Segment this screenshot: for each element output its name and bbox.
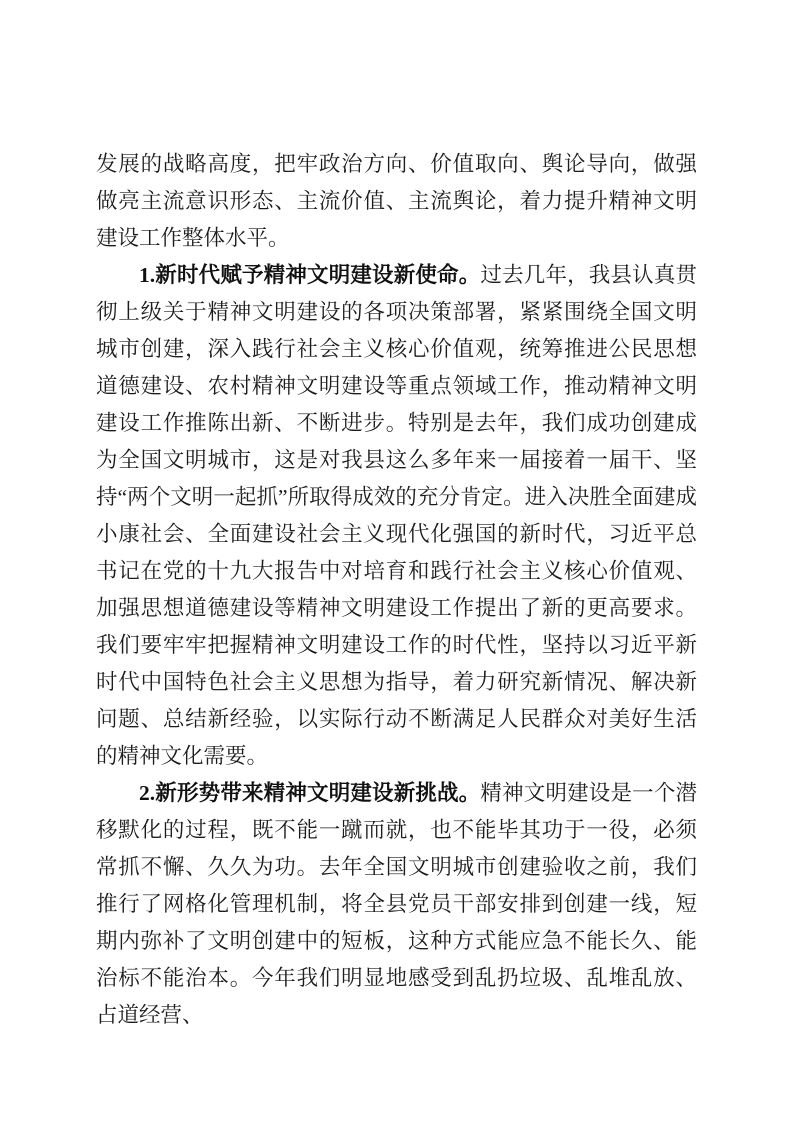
paragraph-lead: 2.新形势带来精神文明建设新挑战。 xyxy=(139,781,480,805)
document-page: 发展的战略高度，把牢政治方向、价值取向、舆论导向，做强做亮主流意识形态、主流价值… xyxy=(0,0,793,1122)
document-body: 发展的战略高度，把牢政治方向、价值取向、舆论导向，做强做亮主流意识形态、主流价值… xyxy=(96,146,697,1034)
paragraph: 2.新形势带来精神文明建设新挑战。精神文明建设是一个潜移默化的过程，既不能一蹴而… xyxy=(96,775,697,1034)
paragraph-text: 过去几年，我县认真贯彻上级关于精神文明建设的各项决策部署，紧紧围绕全国文明城市创… xyxy=(96,263,697,768)
paragraph-text: 精神文明建设是一个潜移默化的过程，既不能一蹴而就，也不能毕其功于一役，必须常抓不… xyxy=(96,781,697,1027)
paragraph: 1.新时代赋予精神文明建设新使命。过去几年，我县认真贯彻上级关于精神文明建设的各… xyxy=(96,257,697,775)
paragraph-text: 发展的战略高度，把牢政治方向、价值取向、舆论导向，做强做亮主流意识形态、主流价值… xyxy=(96,152,697,250)
paragraph: 发展的战略高度，把牢政治方向、价值取向、舆论导向，做强做亮主流意识形态、主流价值… xyxy=(96,146,697,257)
paragraph-lead: 1.新时代赋予精神文明建设新使命。 xyxy=(139,263,480,287)
